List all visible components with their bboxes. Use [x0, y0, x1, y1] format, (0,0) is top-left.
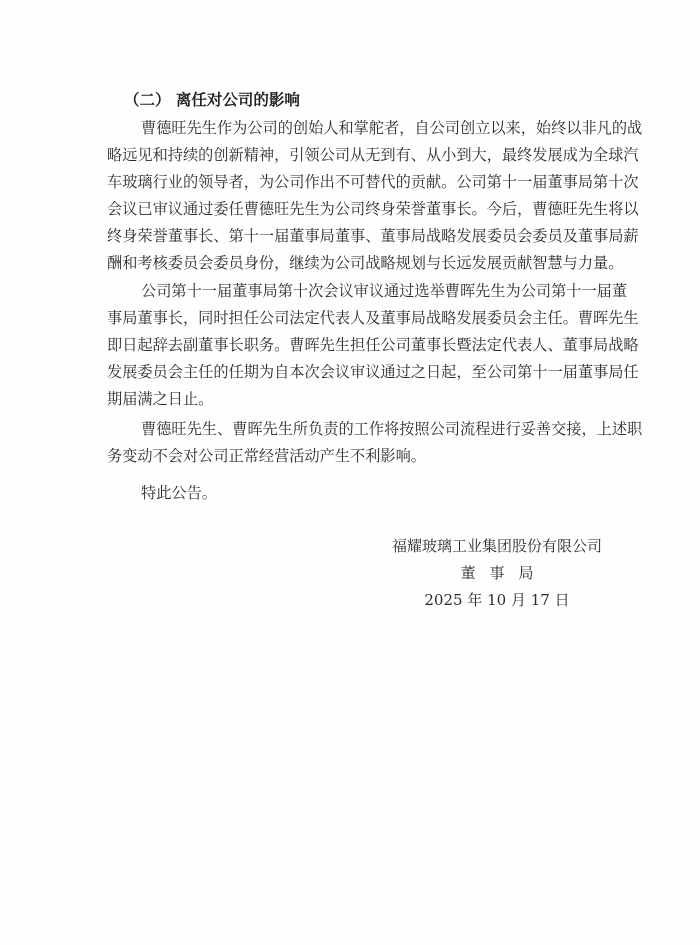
paragraph-2-line-5: 期届满之日止。: [107, 389, 595, 409]
paragraph-1-line-4: 会议已审议通过委任曹德旺先生为公司终身荣誉董事长。今后，曹德旺先生将以: [107, 199, 595, 219]
signature-company: 福耀玻璃工业集团股份有限公司: [392, 536, 602, 556]
paragraph-3-line-2: 务变动不会对公司正常经营活动产生不利影响。: [107, 446, 595, 466]
paragraph-1-line-1: 曹德旺先生作为公司的创始人和掌舵者，自公司创立以来，始终以非凡的战: [141, 118, 595, 138]
paragraph-1-line-5: 终身荣誉董事长、第十一届董事局董事、董事局战略发展委员会委员及董事局薪: [107, 226, 595, 246]
paragraph-2-line-2: 事局董事长，同时担任公司法定代表人及董事局战略发展委员会主任。曹晖先生: [107, 308, 595, 328]
closing-statement: 特此公告。: [141, 483, 217, 503]
paragraph-1-line-2: 略远见和持续的创新精神，引领公司从无到有、从小到大，最终发展成为全球汽: [107, 145, 595, 165]
signature-board: 董事局: [392, 563, 602, 583]
signature-date: 2025 年 10 月 17 日: [392, 590, 602, 610]
document-page: （二） 离任对公司的影响 曹德旺先生作为公司的创始人和掌舵者，自公司创立以来，始…: [0, 0, 700, 945]
paragraph-1-line-3: 车玻璃行业的领导者，为公司作出不可替代的贡献。公司第十一届董事局第十次: [107, 172, 595, 192]
paragraph-2-line-4: 发展委员会主任的任期为自本次会议审议通过之日起，至公司第十一届董事局任: [107, 362, 595, 382]
paragraph-1-line-6: 酬和考核委员会委员身份，继续为公司战略规划与长远发展贡献智慧与力量。: [107, 253, 595, 273]
paragraph-2-line-3: 即日起辞去副董事长职务。曹晖先生担任公司董事长暨法定代表人、董事局战略: [107, 335, 595, 355]
section-heading: （二） 离任对公司的影响: [124, 88, 300, 110]
paragraph-2-line-1: 公司第十一届董事局第十次会议审议通过选举曹晖先生为公司第十一届董: [141, 281, 595, 301]
paragraph-3-line-1: 曹德旺先生、曹晖先生所负责的工作将按照公司流程进行妥善交接，上述职: [141, 419, 595, 439]
